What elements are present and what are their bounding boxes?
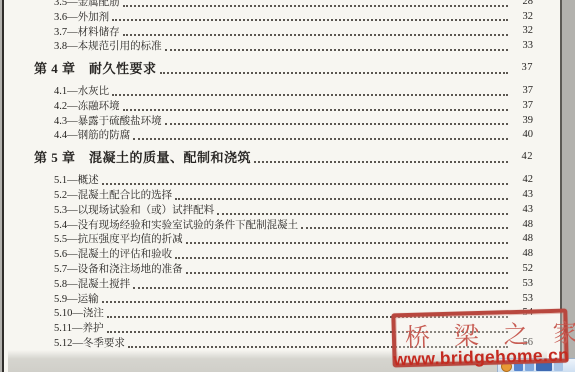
dot-leader bbox=[112, 85, 508, 96]
toc-entry-label: 3.6—外加剂 bbox=[54, 9, 109, 24]
dot-leader bbox=[160, 60, 508, 74]
toc-entry-label: 5.10—浇注 bbox=[54, 305, 104, 320]
toc-entry-page: 28 bbox=[511, 0, 533, 7]
toc-entry-label: 3.5—金属配筋 bbox=[54, 0, 120, 9]
dot-leader bbox=[123, 100, 508, 111]
watermark-stamp: 桥 梁 之 家 www.bridgehome.cn bbox=[391, 309, 568, 368]
toc-entry-label: 5.9—运输 bbox=[54, 291, 99, 306]
toc-entry-label: 4.1—水灰比 bbox=[54, 83, 109, 98]
toc-entry-label: 5.1—概述 bbox=[54, 172, 99, 187]
dot-leader bbox=[175, 248, 508, 259]
toc-entry-label: 3.8—本规范引用的标准 bbox=[54, 38, 162, 53]
toc-entry-page: 39 bbox=[511, 115, 533, 126]
dot-leader bbox=[186, 234, 508, 245]
dot-leader bbox=[133, 278, 508, 289]
toc-entry[interactable]: 5.7—设备和浇注场地的准备 52 bbox=[34, 261, 533, 276]
dot-leader bbox=[112, 11, 508, 22]
toc-entry-label: 4.2—冻融环境 bbox=[54, 98, 120, 113]
toc-entry[interactable]: 5.9—运输 53 bbox=[34, 291, 533, 306]
toc-entry-page: 43 bbox=[511, 189, 533, 200]
dot-leader bbox=[254, 150, 508, 164]
toc-entry-label: 5.3—以现场试验和（或）试拌配料 bbox=[54, 202, 214, 217]
toc-entry[interactable]: 5.3—以现场试验和（或）试拌配料 43 bbox=[34, 202, 533, 217]
toc-entry-page: 48 bbox=[511, 248, 533, 259]
toc-entry[interactable]: 5.1—概述 42 bbox=[34, 172, 533, 187]
toc-entry-page: 52 bbox=[511, 263, 533, 274]
toc-entry[interactable]: 4.3—暴露于硫酸盐环境 39 bbox=[34, 113, 533, 128]
toc-entry-page: 32 bbox=[511, 11, 533, 22]
toc-entry-page: 48 bbox=[511, 219, 533, 230]
toc-entry[interactable]: 5.2—混凝土配合比的选择 43 bbox=[34, 187, 533, 202]
toc-entry[interactable]: 5.6—混凝土的评估和验收 48 bbox=[34, 246, 533, 261]
dot-leader bbox=[165, 115, 508, 126]
table-of-contents: 3.5—金属配筋 28 3.6—外加剂 32 3.7—材料储存 32 3.8—本… bbox=[34, 0, 533, 350]
toc-entry-label: 3.7—材料储存 bbox=[54, 24, 120, 39]
toc-entry-page: 40 bbox=[511, 129, 533, 140]
toc-entry-page: 43 bbox=[511, 204, 533, 215]
toc-entry-label: 5.5—抗压强度平均值的折减 bbox=[54, 231, 183, 246]
toc-entry[interactable]: 5.5—抗压强度平均值的折减 48 bbox=[34, 232, 533, 247]
dot-leader bbox=[217, 204, 508, 215]
document-viewport: 3.5—金属配筋 28 3.6—外加剂 32 3.7—材料储存 32 3.8—本… bbox=[0, 0, 575, 372]
toc-entry-label: 第 4 章 耐久性要求 bbox=[34, 58, 157, 77]
dot-leader bbox=[102, 174, 508, 185]
toc-entry[interactable]: 3.7—材料储存 32 bbox=[34, 24, 533, 39]
toc-entry-label: 5.4—没有现场经验和实验室试验的条件下配制混凝土 bbox=[54, 217, 298, 232]
toc-entry[interactable]: 3.5—金属配筋 28 bbox=[34, 0, 533, 9]
toc-entry[interactable]: 4.4—钢筋的防腐 40 bbox=[34, 128, 533, 143]
toc-chapter-entry[interactable]: 第 5 章 混凝土的质量、配制和浇筑 42 bbox=[34, 146, 533, 166]
page-left-edge bbox=[2, 0, 4, 372]
toc-entry-label: 5.7—设备和浇注场地的准备 bbox=[54, 261, 183, 276]
toc-entry-label: 5.11—养护 bbox=[54, 320, 104, 335]
toc-entry-label: 4.4—钢筋的防腐 bbox=[54, 127, 130, 142]
toc-entry[interactable]: 5.4—没有现场经验和实验室试验的条件下配制混凝土 48 bbox=[34, 217, 533, 232]
dot-leader bbox=[102, 293, 508, 304]
dot-leader bbox=[123, 0, 508, 7]
toc-entry-page: 37 bbox=[511, 85, 533, 96]
toc-entry-page: 33 bbox=[511, 40, 533, 51]
toc-entry-page: 42 bbox=[511, 174, 533, 185]
dot-leader bbox=[133, 130, 508, 141]
toc-entry[interactable]: 3.8—本规范引用的标准 33 bbox=[34, 38, 533, 53]
toc-entry-page: 32 bbox=[511, 25, 533, 36]
toc-entry-label: 4.3—暴露于硫酸盐环境 bbox=[54, 113, 162, 128]
toc-entry-page: 42 bbox=[511, 151, 533, 162]
toc-entry-page: 37 bbox=[511, 100, 533, 111]
dot-leader bbox=[165, 41, 508, 52]
dot-leader bbox=[301, 219, 508, 230]
toc-entry[interactable]: 5.8—混凝土搅拌 53 bbox=[34, 276, 533, 291]
toc-entry-label: 5.2—混凝土配合比的选择 bbox=[54, 187, 172, 202]
dot-leader bbox=[175, 189, 508, 200]
toc-entry-label: 5.8—混凝土搅拌 bbox=[54, 276, 130, 291]
toc-entry-page: 53 bbox=[511, 278, 533, 289]
dot-leader bbox=[186, 263, 508, 274]
toc-entry-label: 5.6—混凝土的评估和验收 bbox=[54, 246, 172, 261]
toc-entry-label: 第 5 章 混凝土的质量、配制和浇筑 bbox=[34, 147, 251, 166]
toc-entry[interactable]: 4.2—冻融环境 37 bbox=[34, 98, 533, 113]
toc-entry-page: 48 bbox=[511, 233, 533, 244]
toc-entry[interactable]: 3.6—外加剂 32 bbox=[34, 9, 533, 24]
toc-chapter-entry[interactable]: 第 4 章 耐久性要求 37 bbox=[34, 57, 533, 77]
dot-leader bbox=[123, 26, 508, 37]
toc-entry[interactable]: 4.1—水灰比 37 bbox=[34, 83, 533, 98]
toc-entry-label: 5.12—冬季要求 bbox=[54, 335, 125, 350]
toc-entry-page: 37 bbox=[511, 62, 533, 73]
toc-entry-page: 53 bbox=[511, 293, 533, 304]
